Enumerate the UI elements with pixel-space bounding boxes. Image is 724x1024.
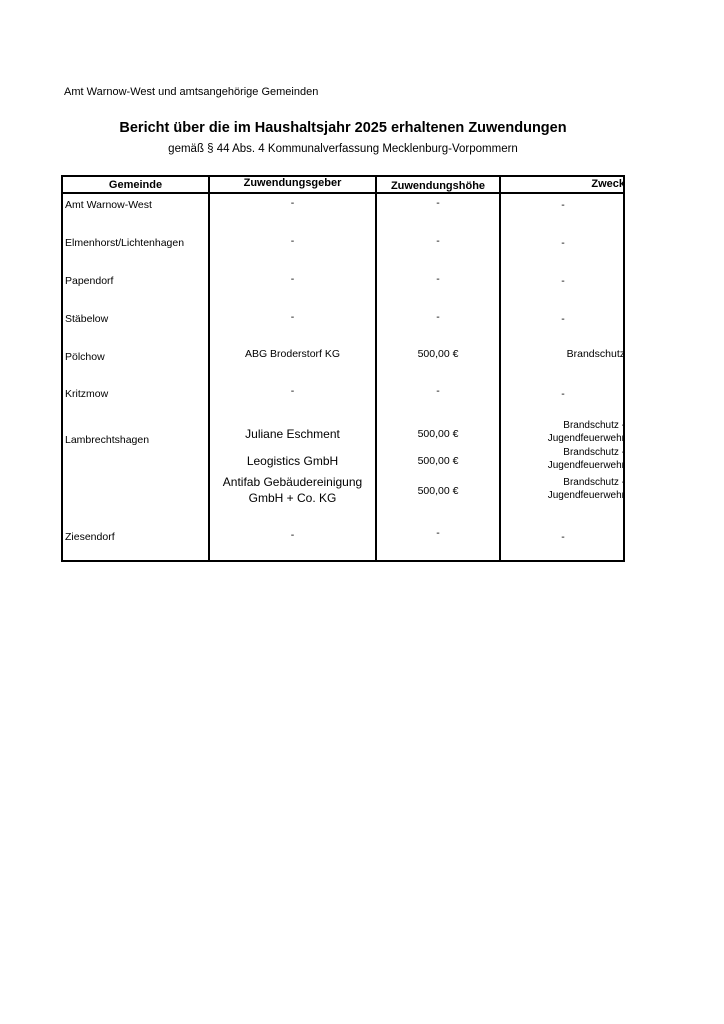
table-row-gemeinde: Kritzmow [65,388,108,400]
table-row-zweck: Brandschutz - Jugendfeuerwehr [501,419,625,445]
geber-line: Antifab Gebäudereinigung [210,474,375,490]
table-row-hoehe: 500,00 € [377,455,499,467]
zweck-line: Brandschutz - [501,419,625,432]
zweck-line: Jugendfeuerwehr [501,459,625,472]
table-row-hoehe: - [377,197,499,209]
column-header-gemeinde: Gemeinde [63,177,208,192]
table-row-zweck: - [501,388,625,400]
table-row-geber: Leogistics GmbH [210,453,375,469]
table-row-geber: - [210,385,375,397]
grants-table: Gemeinde Zuwendungsgeber Zuwendungshöhe … [61,175,625,562]
table-row-geber: Juliane Eschment [210,426,375,442]
table-row-zweck: Brandschutz - Jugendfeuerwehr [501,446,625,472]
table-row-zweck: - [501,199,625,211]
table-row-zweck: - [501,275,625,287]
table-row-hoehe: - [377,273,499,285]
zweck-line: Jugendfeuerwehr [501,432,625,445]
table-row-geber: - [210,235,375,247]
table-row-geber: Antifab Gebäudereinigung GmbH + Co. KG [210,474,375,506]
zweck-line: Jugendfeuerwehr [501,489,625,502]
column-divider [499,177,501,560]
table-row-gemeinde: Papendorf [65,275,113,287]
table-row-geber: - [210,197,375,209]
table-row-gemeinde: Lambrechtshagen [65,434,149,446]
column-header-zweck: Zweck [501,177,625,192]
table-row-geber: - [210,311,375,323]
table-row-zweck: Brandschutz - Jugendfeuerwehr [501,476,625,502]
column-header-zuwendungshoehe: Zuwendungshöhe [377,177,499,192]
report-subtitle: gemäß § 44 Abs. 4 Kommunalverfassung Mec… [0,143,686,155]
table-row-zweck: - [501,531,625,543]
table-row-zweck: Brandschutz [501,348,625,360]
report-title: Bericht über die im Haushaltsjahr 2025 e… [0,120,686,136]
table-row-zweck: - [501,237,625,249]
table-row-hoehe: 500,00 € [377,485,499,497]
column-header-zuwendungsgeber: Zuwendungsgeber [210,177,375,192]
table-row-hoehe: - [377,235,499,247]
table-row-geber: - [210,273,375,285]
table-row-hoehe: - [377,385,499,397]
table-row-gemeinde: Pölchow [65,351,105,363]
table-row-gemeinde: Ziesendorf [65,531,115,543]
table-row-hoehe: - [377,527,499,539]
table-row-geber: ABG Broderstorf KG [210,348,375,360]
table-row-hoehe: - [377,311,499,323]
table-row-zweck: - [501,313,625,325]
header-divider [63,192,623,194]
table-row-gemeinde: Amt Warnow-West [65,199,152,211]
organization-name: Amt Warnow-West und amtsangehörige Gemei… [64,86,318,98]
geber-line: GmbH + Co. KG [210,490,375,506]
table-row-geber: - [210,529,375,541]
table-row-gemeinde: Elmenhorst/Lichtenhagen [65,237,184,249]
zweck-line: Brandschutz - [501,476,625,489]
table-row-hoehe: 500,00 € [377,348,499,360]
table-row-hoehe: 500,00 € [377,428,499,440]
zweck-line: Brandschutz - [501,446,625,459]
table-row-gemeinde: Stäbelow [65,313,108,325]
